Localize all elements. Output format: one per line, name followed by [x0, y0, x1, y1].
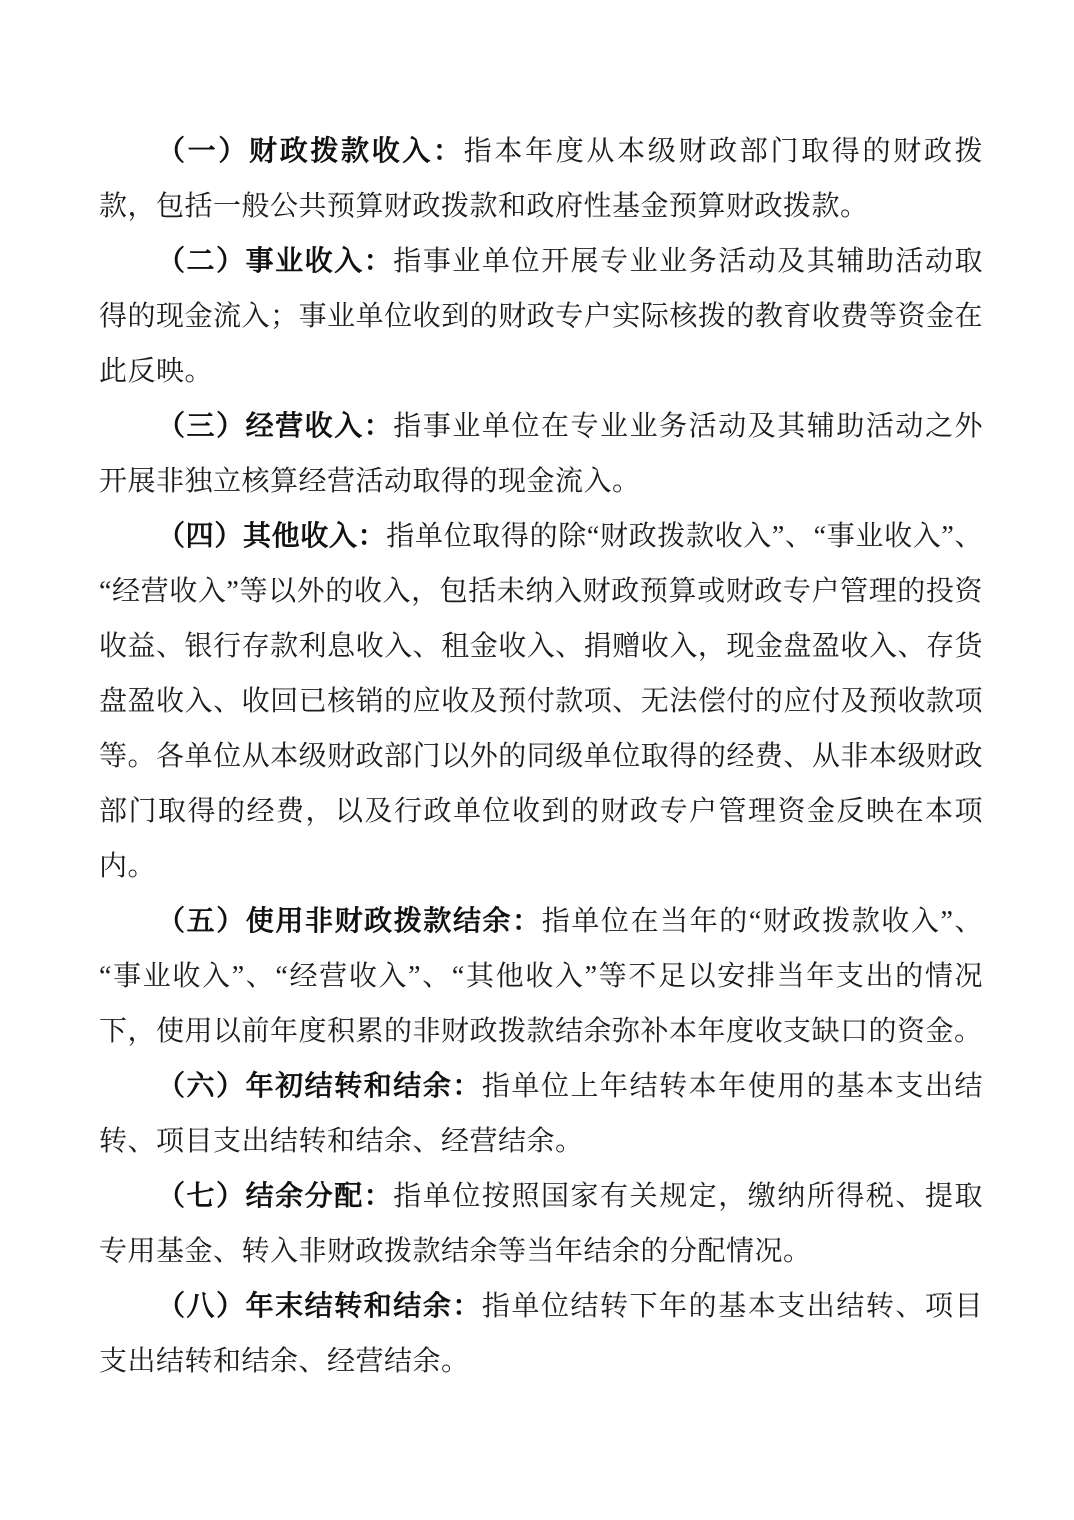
- definition-item-use-of-non-fiscal-surplus: （五）使用非财政拨款结余：指单位在当年的“财政拨款收入”、“事业收入”、“经营收…: [99, 894, 983, 1059]
- definition-term: （七）结余分配：: [157, 1181, 393, 1212]
- definition-term: （四）其他收入：: [157, 521, 386, 552]
- definition-term: （五）使用非财政拨款结余：: [157, 906, 542, 937]
- definition-term: （八）年末结转和结余：: [157, 1291, 482, 1322]
- definition-item-business-income: （三）经营收入：指事业单位在专业业务活动及其辅助活动之外开展非独立核算经营活动取…: [99, 399, 983, 509]
- definition-term: （三）经营收入：: [157, 411, 393, 442]
- definition-item-other-income: （四）其他收入：指单位取得的除“财政拨款收入”、“事业收入”、“经营收入”等以外…: [99, 509, 983, 894]
- document-page: （一）财政拨款收入：指本年度从本级财政部门取得的财政拨款，包括一般公共预算财政拨…: [0, 0, 1074, 1520]
- definition-term: （六）年初结转和结余：: [157, 1071, 482, 1102]
- definitions-list: （一）财政拨款收入：指本年度从本级财政部门取得的财政拨款，包括一般公共预算财政拨…: [99, 124, 983, 1389]
- definition-item-beginning-year-carryover: （六）年初结转和结余：指单位上年结转本年使用的基本支出结转、项目支出结转和结余、…: [99, 1059, 983, 1169]
- definition-item-year-end-carryover: （八）年末结转和结余：指单位结转下年的基本支出结转、项目支出结转和结余、经营结余…: [99, 1279, 983, 1389]
- definition-item-surplus-distribution: （七）结余分配：指单位按照国家有关规定，缴纳所得税、提取专用基金、转入非财政拨款…: [99, 1169, 983, 1279]
- definition-term: （二）事业收入：: [157, 246, 393, 277]
- definition-description: 指单位取得的除“财政拨款收入”、“事业收入”、“经营收入”等以外的收入，包括未纳…: [99, 521, 983, 882]
- definition-item-operational-income: （二）事业收入：指事业单位开展专业业务活动及其辅助活动取得的现金流入；事业单位收…: [99, 234, 983, 399]
- definition-term: （一）财政拨款收入：: [157, 136, 464, 167]
- definition-item-fiscal-appropriation-income: （一）财政拨款收入：指本年度从本级财政部门取得的财政拨款，包括一般公共预算财政拨…: [99, 124, 983, 234]
